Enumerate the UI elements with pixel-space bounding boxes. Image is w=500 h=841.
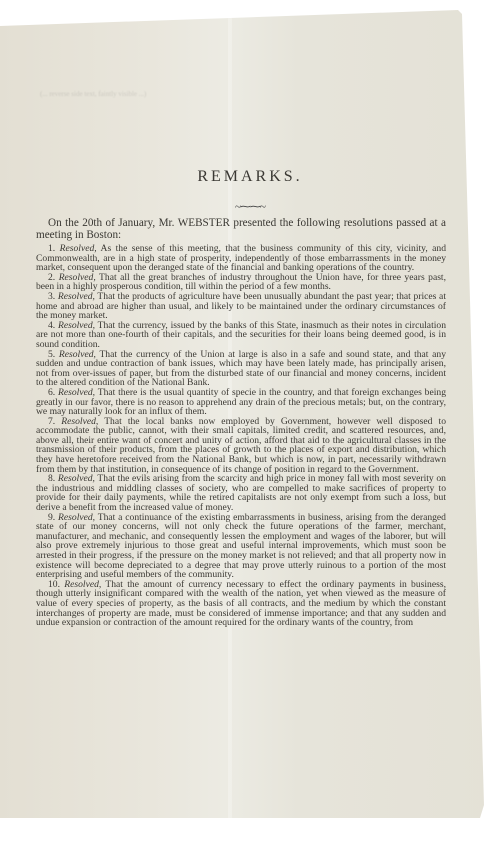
resolution-text: That there is the usual quantity of spec… <box>36 387 446 417</box>
bleed-through-text: (... reverse side text, faintly visible … <box>40 90 420 99</box>
resolution-paragraph: 1. Resolved, As the sense of this meetin… <box>36 244 446 273</box>
page-title: REMARKS. <box>0 168 500 186</box>
ornament-divider-icon: ~⁓⁓~ <box>235 200 265 213</box>
resolution-paragraph: 6. Resolved, That there is the usual qua… <box>36 388 446 417</box>
resolution-paragraph: 10. Resolved, That the amount of currenc… <box>36 580 446 628</box>
resolution-paragraph: 7. Resolved, That the local banks now em… <box>36 417 446 475</box>
resolution-paragraph: 8. Resolved, That the evils arising from… <box>36 474 446 512</box>
resolution-text: That the products of agriculture have be… <box>36 291 446 321</box>
resolution-paragraph: 5. Resolved, That the currency of the Un… <box>36 350 446 388</box>
resolution-text: That the currency of the Union at large … <box>36 349 446 389</box>
resolutions-list: 1. Resolved, As the sense of this meetin… <box>36 244 446 628</box>
resolution-paragraph: 4. Resolved, That the currency, issued b… <box>36 321 446 350</box>
resolution-text: That all the great branches of industry … <box>36 272 446 293</box>
intro-paragraph: On the 20th of January, Mr. WEBSTER pres… <box>36 217 446 241</box>
resolution-text: As the sense of this meeting, that the b… <box>36 243 446 273</box>
document-page: (... reverse side text, faintly visible … <box>0 0 500 841</box>
resolution-text: That the evils arising from the scarcity… <box>36 473 446 513</box>
resolution-text: That the local banks now employed by Gov… <box>36 416 446 475</box>
resolution-paragraph: 9. Resolved, That a continuance of the e… <box>36 513 446 580</box>
resolution-paragraph: 2. Resolved, That all the great branches… <box>36 273 446 292</box>
resolution-paragraph: 3. Resolved, That the products of agricu… <box>36 292 446 321</box>
document-body: On the 20th of January, Mr. WEBSTER pres… <box>36 217 446 628</box>
resolution-text: That the currency, issued by the banks o… <box>36 320 446 350</box>
resolution-text: That a continuance of the existing embar… <box>36 512 446 581</box>
